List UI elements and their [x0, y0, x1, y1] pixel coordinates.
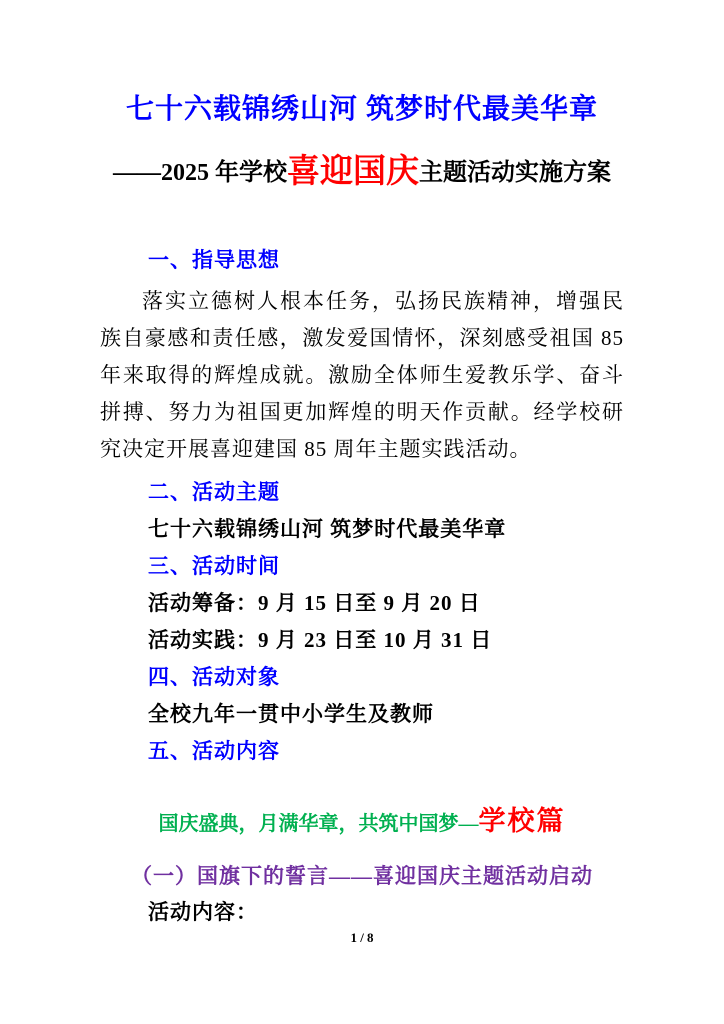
section-1-heading: 一、指导思想 [100, 247, 624, 273]
section-2-heading: 二、活动主题 [100, 479, 624, 505]
slogan-green-text: 国庆盛典，月满华章，共筑中国梦— [159, 813, 479, 835]
subtitle-suffix: 主题活动实施方案 [419, 160, 611, 186]
section-3-heading: 三、活动时间 [100, 553, 624, 579]
preparation-period-text: 活动筹备：9 月 15 日至 9 月 20 日 [100, 590, 624, 616]
document-subtitle: ——2025 年学校喜迎国庆主题活动实施方案 [100, 150, 624, 195]
practice-period-text: 活动实践：9 月 23 日至 10 月 31 日 [100, 627, 624, 653]
document-page: 七十六载锦绣山河 筑梦时代最美华章 ——2025 年学校喜迎国庆主题活动实施方案… [0, 0, 724, 1024]
slogan-red-text: 学校篇 [479, 806, 566, 836]
section-5-heading: 五、活动内容 [100, 738, 624, 764]
document-title: 七十六载锦绣山河 筑梦时代最美华章 [100, 92, 624, 128]
page-number-indicator: 1 / 8 [0, 930, 724, 946]
section-1-paragraph: 落实立德树人根本任务，弘扬民族精神，增强民族自豪感和责任感，激发爱国情怀，深刻感… [100, 283, 624, 468]
audience-text: 全校九年一贯中小学生及教师 [100, 701, 624, 727]
subtitle-highlight: 喜迎国庆 [287, 154, 419, 190]
activity-content-label: 活动内容： [100, 899, 624, 925]
slogan-line: 国庆盛典，月满华章，共筑中国梦—学校篇 [100, 804, 624, 841]
subtitle-prefix: ——2025 年学校 [113, 160, 287, 186]
activity-theme-text: 七十六载锦绣山河 筑梦时代最美华章 [100, 516, 624, 542]
section-4-heading: 四、活动对象 [100, 664, 624, 690]
subsection-1-title: （一）国旗下的誓言——喜迎国庆主题活动启动 [100, 863, 624, 889]
